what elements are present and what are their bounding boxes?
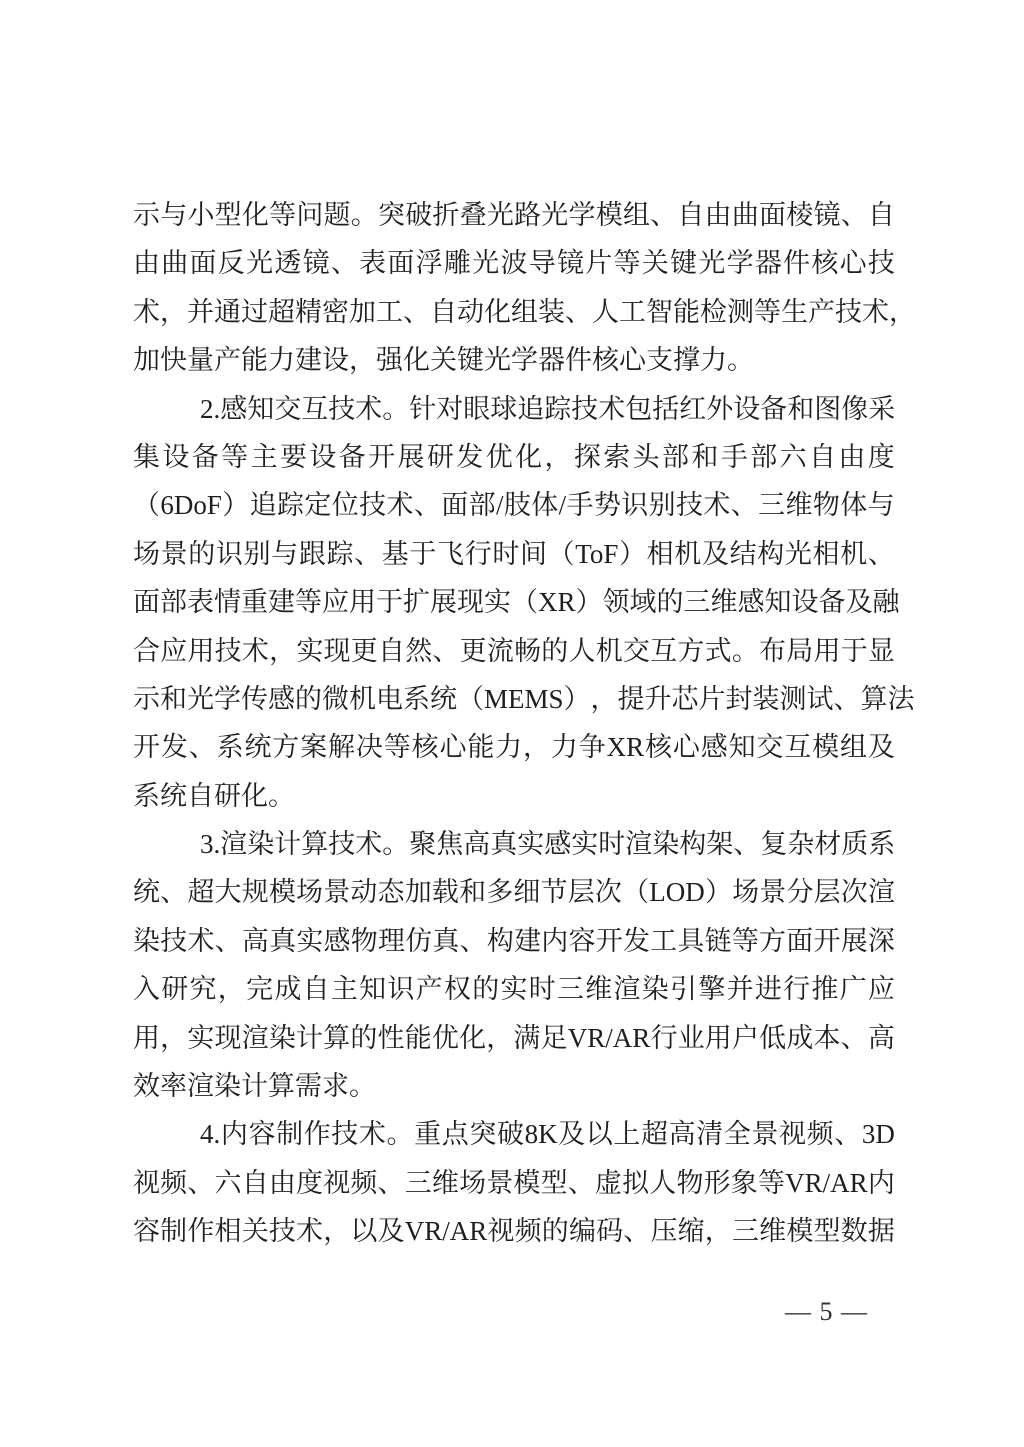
text-line: 开发、系统方案解决等核心能力，力争XR核心感知交互模组及 <box>133 723 895 771</box>
document-page: 示与小型化等问题。突破折叠光路光学模组、自由曲面棱镜、自由曲面反光透镜、表面浮雕… <box>0 0 1024 1447</box>
text-line: 3.渲染计算技术。聚焦高真实感实时渲染构架、复杂材质系 <box>133 820 895 868</box>
text-line: （6DoF）追踪定位技术、面部/肢体/手势识别技术、三维物体与 <box>133 481 895 529</box>
text-line: 染技术、高真实感物理仿真、构建内容开发工具链等方面开展深 <box>133 917 895 965</box>
text-line: 效率渲染计算需求。 <box>133 1062 895 1110</box>
text-line: 由曲面反光透镜、表面浮雕光波导镜片等关键光学器件核心技 <box>133 239 895 287</box>
text-line: 加快量产能力建设，强化关键光学器件核心支撑力。 <box>133 336 895 384</box>
text-line: 4.内容制作技术。重点突破8K及以上超高清全景视频、3D <box>133 1110 895 1158</box>
text-line: 集设备等主要设备开展研发优化，探索头部和手部六自由度 <box>133 433 895 481</box>
document-body: 示与小型化等问题。突破折叠光路光学模组、自由曲面棱镜、自由曲面反光透镜、表面浮雕… <box>133 191 895 1256</box>
text-line: 示与小型化等问题。突破折叠光路光学模组、自由曲面棱镜、自 <box>133 191 895 239</box>
text-line: 系统自研化。 <box>133 772 895 820</box>
text-line: 容制作相关技术，以及VR/AR视频的编码、压缩，三维模型数据 <box>133 1207 895 1255</box>
text-line: 统、超大规模场景动态加载和多细节层次（LOD）场景分层次渲 <box>133 868 895 916</box>
text-line: 术，并通过超精密加工、自动化组装、人工智能检测等生产技术， <box>133 288 895 336</box>
text-line: 2.感知交互技术。针对眼球追踪技术包括红外设备和图像采 <box>133 385 895 433</box>
text-line: 面部表情重建等应用于扩展现实（XR）领域的三维感知设备及融 <box>133 578 895 626</box>
text-line: 示和光学传感的微机电系统（MEMS），提升芯片封装测试、算法 <box>133 675 895 723</box>
text-line: 用，实现渲染计算的性能优化，满足VR/AR行业用户低成本、高 <box>133 1014 895 1062</box>
page-number: — 5 — <box>785 1297 868 1326</box>
text-line: 入研究，完成自主知识产权的实时三维渲染引擎并进行推广应 <box>133 965 895 1013</box>
text-line: 视频、六自由度视频、三维场景模型、虚拟人物形象等VR/AR内 <box>133 1159 895 1207</box>
text-line: 场景的识别与跟踪、基于飞行时间（ToF）相机及结构光相机、 <box>133 530 895 578</box>
page-footer: — 5 — <box>785 1290 868 1334</box>
text-line: 合应用技术，实现更自然、更流畅的人机交互方式。布局用于显 <box>133 627 895 675</box>
